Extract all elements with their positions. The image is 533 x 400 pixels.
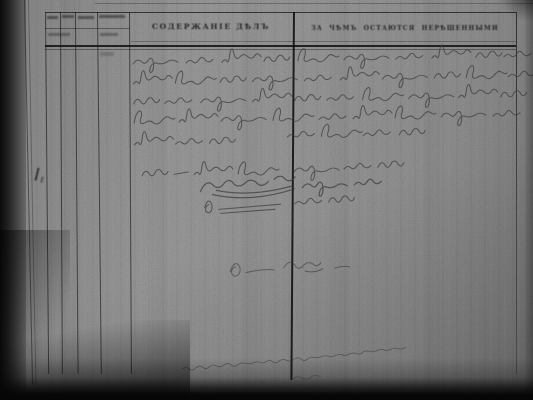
paragraph-date-fragment [287, 122, 425, 138]
paragraph-line-1 [133, 43, 531, 72]
middle-signature [230, 261, 350, 277]
paragraph-line-5 [134, 130, 235, 145]
photo-canvas: СОДЕРЖАНІЕ ДѢЛЪ ЗА ЧѢМЪ ОСТАЮТСЯ НЕРѢШЕН… [0, 0, 533, 400]
paragraph-line-2 [133, 63, 533, 93]
paragraph-line-4 [134, 103, 520, 132]
paragraph-line-3 [133, 83, 526, 112]
signature-row-2 [200, 174, 381, 198]
bottom-shadow-band [0, 358, 533, 400]
signature-row-1 [142, 158, 404, 184]
right-edge-shading [524, 0, 533, 400]
signature-row-3 [205, 196, 355, 214]
